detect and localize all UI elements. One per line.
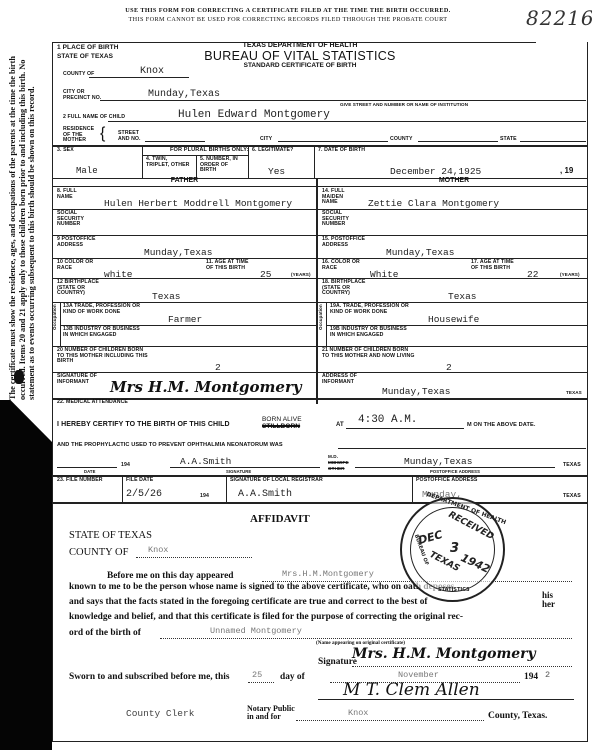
mother-ssn-label: SOCIAL SECURITY NUMBER bbox=[322, 211, 362, 228]
midwife-option-struck: MIDWIFE bbox=[328, 460, 349, 466]
handwritten-certificate-number: 82216 bbox=[526, 6, 592, 30]
mother-birthplace-value: Texas bbox=[448, 291, 477, 302]
bureau-title: BUREAU OF VITAL STATISTICS bbox=[180, 50, 420, 62]
dob-century-suffix: , 19 bbox=[560, 166, 573, 175]
legitimate-label: 6. LEGITIMATE? bbox=[252, 148, 293, 154]
residence-city-label: CITY bbox=[260, 137, 272, 143]
state-of-texas-label: STATE OF TEXAS bbox=[57, 53, 113, 61]
notary-label-2: in and for bbox=[247, 713, 281, 721]
appeared-text: Before me on this day appeared bbox=[107, 571, 233, 581]
informant-signature-label: SIGNATURE OF INFORMANT bbox=[57, 374, 107, 385]
father-name-value: Hulen Herbert Moddrell Montgomery bbox=[104, 198, 292, 209]
mother-birthplace-label: 18. BIRTHPLACE (STATE OR COUNTRY) bbox=[322, 280, 372, 297]
father-industry-label: 13B INDUSTRY OR BUSINESS IN WHICH ENGAGE… bbox=[63, 327, 143, 338]
appeared-value: Mrs.H.M.Montgomery bbox=[282, 569, 374, 579]
medical-signature-label: SIGNATURE bbox=[226, 469, 251, 475]
informant-address-value: Munday,Texas bbox=[382, 386, 450, 397]
notary-county-value: Knox bbox=[348, 708, 368, 718]
notary-suffix: County, Texas. bbox=[488, 711, 547, 721]
sworn-prefix: Sworn to and subscribed before me, this bbox=[69, 672, 230, 682]
child-name-value: Hulen Edward Montgomery bbox=[178, 109, 330, 121]
medical-attendance-label: 22. MEDICAL ATTENDANCE bbox=[57, 400, 128, 406]
mother-postoffice-label: 15. POSTOFFICE ADDRESS bbox=[322, 237, 372, 248]
file-date-value: 2/5/26 bbox=[126, 489, 162, 500]
time-suffix: M ON THE ABOVE DATE. bbox=[467, 423, 536, 429]
father-postoffice-value: Munday,Texas bbox=[144, 247, 212, 258]
sworn-year-suffix: 2 bbox=[545, 670, 550, 680]
stamp-statistics: STATISTICS bbox=[438, 587, 470, 593]
instruction-line-1: USE THIS FORM FOR CORRECTING A CERTIFICA… bbox=[118, 7, 458, 14]
medical-postoffice-value: Munday,Texas bbox=[404, 456, 472, 467]
informant-address-label: ADDRESS OF INFORMANT bbox=[322, 374, 372, 385]
medical-postoffice-label: POSTOFFICE ADDRESS bbox=[430, 469, 480, 475]
father-trade-label: 13A TRADE, PROFESSION OR KIND OF WORK DO… bbox=[63, 304, 143, 315]
sworn-month-value: November bbox=[398, 670, 439, 680]
mother-trade-label: 19A. TRADE, PROFESSION OR KIND OF WORK D… bbox=[330, 304, 410, 315]
city-value: Munday,Texas bbox=[148, 89, 220, 100]
father-birthplace-value: Texas bbox=[152, 291, 181, 302]
file-date-label: FILE DATE bbox=[126, 478, 153, 484]
side-instruction-note: The certificate must show the residence,… bbox=[8, 40, 48, 400]
registrar-postoffice-label: POSTOFFICE ADDRESS bbox=[416, 478, 477, 484]
number-order-label: 5. NUMBER, IN ORDER OF BIRTH bbox=[200, 157, 244, 174]
county-value: Knox bbox=[140, 66, 164, 77]
sworn-day-value: 25 bbox=[252, 670, 262, 680]
mother-children-label: 21 NUMBER OF CHILDREN BORN TO THIS MOTHE… bbox=[322, 348, 417, 359]
father-children-label: 20 NUMBER OF CHILDREN BORN TO THIS MOTHE… bbox=[57, 348, 152, 365]
mother-section-title: MOTHER bbox=[320, 177, 588, 184]
informant-address-state: TEXAS bbox=[566, 390, 582, 396]
other-option-struck: OTHER bbox=[328, 466, 345, 472]
affidavit-title: AFFIDAVIT bbox=[250, 513, 310, 525]
pronoun-her: her bbox=[542, 600, 555, 609]
attendant-signature-value: A.A.Smith bbox=[180, 456, 231, 467]
residence-county-label: COUNTY bbox=[390, 137, 413, 143]
father-birthplace-label: 12 BIRTHPLACE (STATE OR COUNTRY) bbox=[57, 280, 107, 297]
father-postoffice-label: 9 POSTOFFICE ADDRESS bbox=[57, 237, 107, 248]
stamp-day: 3 bbox=[450, 541, 459, 556]
medical-date-label: DATE bbox=[84, 469, 96, 475]
father-age-unit: (YEARS) bbox=[291, 272, 311, 278]
street-label: STREET AND NO. bbox=[118, 131, 143, 142]
form-header: TEXAS DEPARTMENT OF HEALTH BUREAU OF VIT… bbox=[180, 42, 420, 69]
affidavit-state: STATE OF TEXAS bbox=[69, 530, 152, 541]
sworn-year-prefix: 194 bbox=[524, 672, 538, 682]
institution-hint: GIVE STREET AND NUMBER OR NAME OF INSTIT… bbox=[340, 102, 468, 108]
registrar-year-prefix: 194 bbox=[200, 494, 209, 500]
registrar-signature-label: SIGNATURE OF LOCAL REGISTRAR bbox=[230, 478, 323, 484]
side-instruction-text: The certificate must show the residence,… bbox=[8, 40, 37, 400]
father-age-label: 11. AGE AT TIME OF THIS BIRTH bbox=[206, 260, 250, 271]
medical-year-prefix: 194 bbox=[121, 463, 130, 469]
father-occupation-side-label: Occupation bbox=[52, 304, 58, 330]
mother-trade-value: Housewife bbox=[428, 314, 479, 325]
file-number-label: 23. FILE NUMBER bbox=[57, 478, 103, 484]
city-label: CITY OR PRECINCT NO. bbox=[63, 90, 103, 101]
mother-age-label: 17. AGE AT TIME OF THIS BIRTH bbox=[471, 260, 515, 271]
affidavit-line-2: and says that the facts stated in the fo… bbox=[69, 597, 428, 607]
received-stamp: DEPARTMENT OF HEALTH BUREAU OF STATISTIC… bbox=[400, 497, 505, 602]
father-trade-value: Farmer bbox=[168, 314, 202, 325]
scan-shadow bbox=[0, 400, 52, 750]
stillborn-option-struck: STILLBORN bbox=[262, 423, 300, 430]
registrar-signature-value: A.A.Smith bbox=[238, 489, 292, 500]
mother-name-value: Zettie Clara Montgomery bbox=[368, 198, 499, 209]
affidavit-county-label: COUNTY OF bbox=[69, 547, 128, 558]
affidavit-line-3: knowledge and belief, and that this cert… bbox=[69, 612, 463, 622]
mother-age-unit: (YEARS) bbox=[560, 272, 580, 278]
affidavit-line-1: known to me to be the person whose name … bbox=[69, 582, 454, 592]
father-section-title: FATHER bbox=[52, 177, 317, 184]
affidavit-county-value: Knox bbox=[148, 545, 168, 555]
father-color-label: 10 COLOR OR RACE bbox=[57, 260, 97, 271]
ink-blot bbox=[14, 370, 24, 384]
legitimate-value: Yes bbox=[268, 166, 285, 177]
mother-color-label: 16. COLOR OR RACE bbox=[322, 260, 362, 271]
brace-icon: { bbox=[100, 126, 105, 142]
born-alive-option: BORN ALIVE bbox=[262, 416, 302, 423]
affidavit-signature-value: Mrs. H.M. Montgomery bbox=[352, 646, 536, 662]
sex-value: Male bbox=[76, 166, 98, 176]
mother-postoffice-value: Munday,Texas bbox=[386, 247, 454, 258]
clerk-title: County Clerk bbox=[126, 708, 194, 719]
at-label: AT bbox=[336, 423, 344, 429]
place-of-birth-label: 1 PLACE OF BIRTH bbox=[57, 44, 119, 52]
dob-label: 7. DATE OF BIRTH bbox=[318, 148, 365, 154]
twin-label: 4. TWIN, TRIPLET, OTHER bbox=[146, 157, 190, 168]
mother-occupation-side-label: Occupation bbox=[318, 304, 324, 330]
mother-industry-label: 19B INDUSTRY OR BUSINESS IN WHICH ENGAGE… bbox=[330, 327, 410, 338]
original-name-value: Unnamed Montgomery bbox=[210, 626, 302, 636]
dob-value: December 24,1925 bbox=[390, 166, 481, 177]
instruction-block: USE THIS FORM FOR CORRECTING A CERTIFICA… bbox=[118, 7, 458, 23]
mother-name-label: 14. FULL MAIDEN NAME bbox=[322, 189, 352, 206]
registrar-state: TEXAS bbox=[563, 494, 581, 500]
clerk-signature: M T. Clem Allen bbox=[343, 680, 480, 700]
father-name-label: 8. FULL NAME bbox=[57, 189, 87, 200]
sex-label: 3. SEX bbox=[57, 148, 74, 154]
form-title: STANDARD CERTIFICATE OF BIRTH bbox=[180, 62, 420, 69]
father-ssn-label: SOCIAL SECURITY NUMBER bbox=[57, 211, 97, 228]
day-of-label: day of bbox=[280, 672, 305, 682]
md-option: M.D. bbox=[328, 454, 338, 460]
child-name-label: 2 FULL NAME OF CHILD bbox=[63, 115, 125, 121]
medical-state: TEXAS bbox=[563, 463, 581, 469]
instruction-line-2: THIS FORM CANNOT BE USED FOR CORRECTING … bbox=[118, 16, 458, 23]
certify-label: I HEREBY CERTIFY TO THE BIRTH OF THIS CH… bbox=[57, 421, 230, 429]
plural-births-label: FOR PLURAL BIRTHS ONLY: bbox=[170, 148, 249, 154]
affidavit-line-4-prefix: ord of the birth of bbox=[69, 628, 141, 638]
informant-signature-value: Mrs H.M. Montgomery bbox=[110, 378, 302, 396]
residence-label: RESIDENCE OF THE MOTHER bbox=[63, 127, 95, 144]
birth-time-value: 4:30 A.M. bbox=[358, 414, 417, 426]
residence-state-label: STATE bbox=[500, 137, 517, 143]
prophylactic-label: AND THE PROPHYLACTIC USED TO PREVENT OPH… bbox=[57, 443, 283, 449]
